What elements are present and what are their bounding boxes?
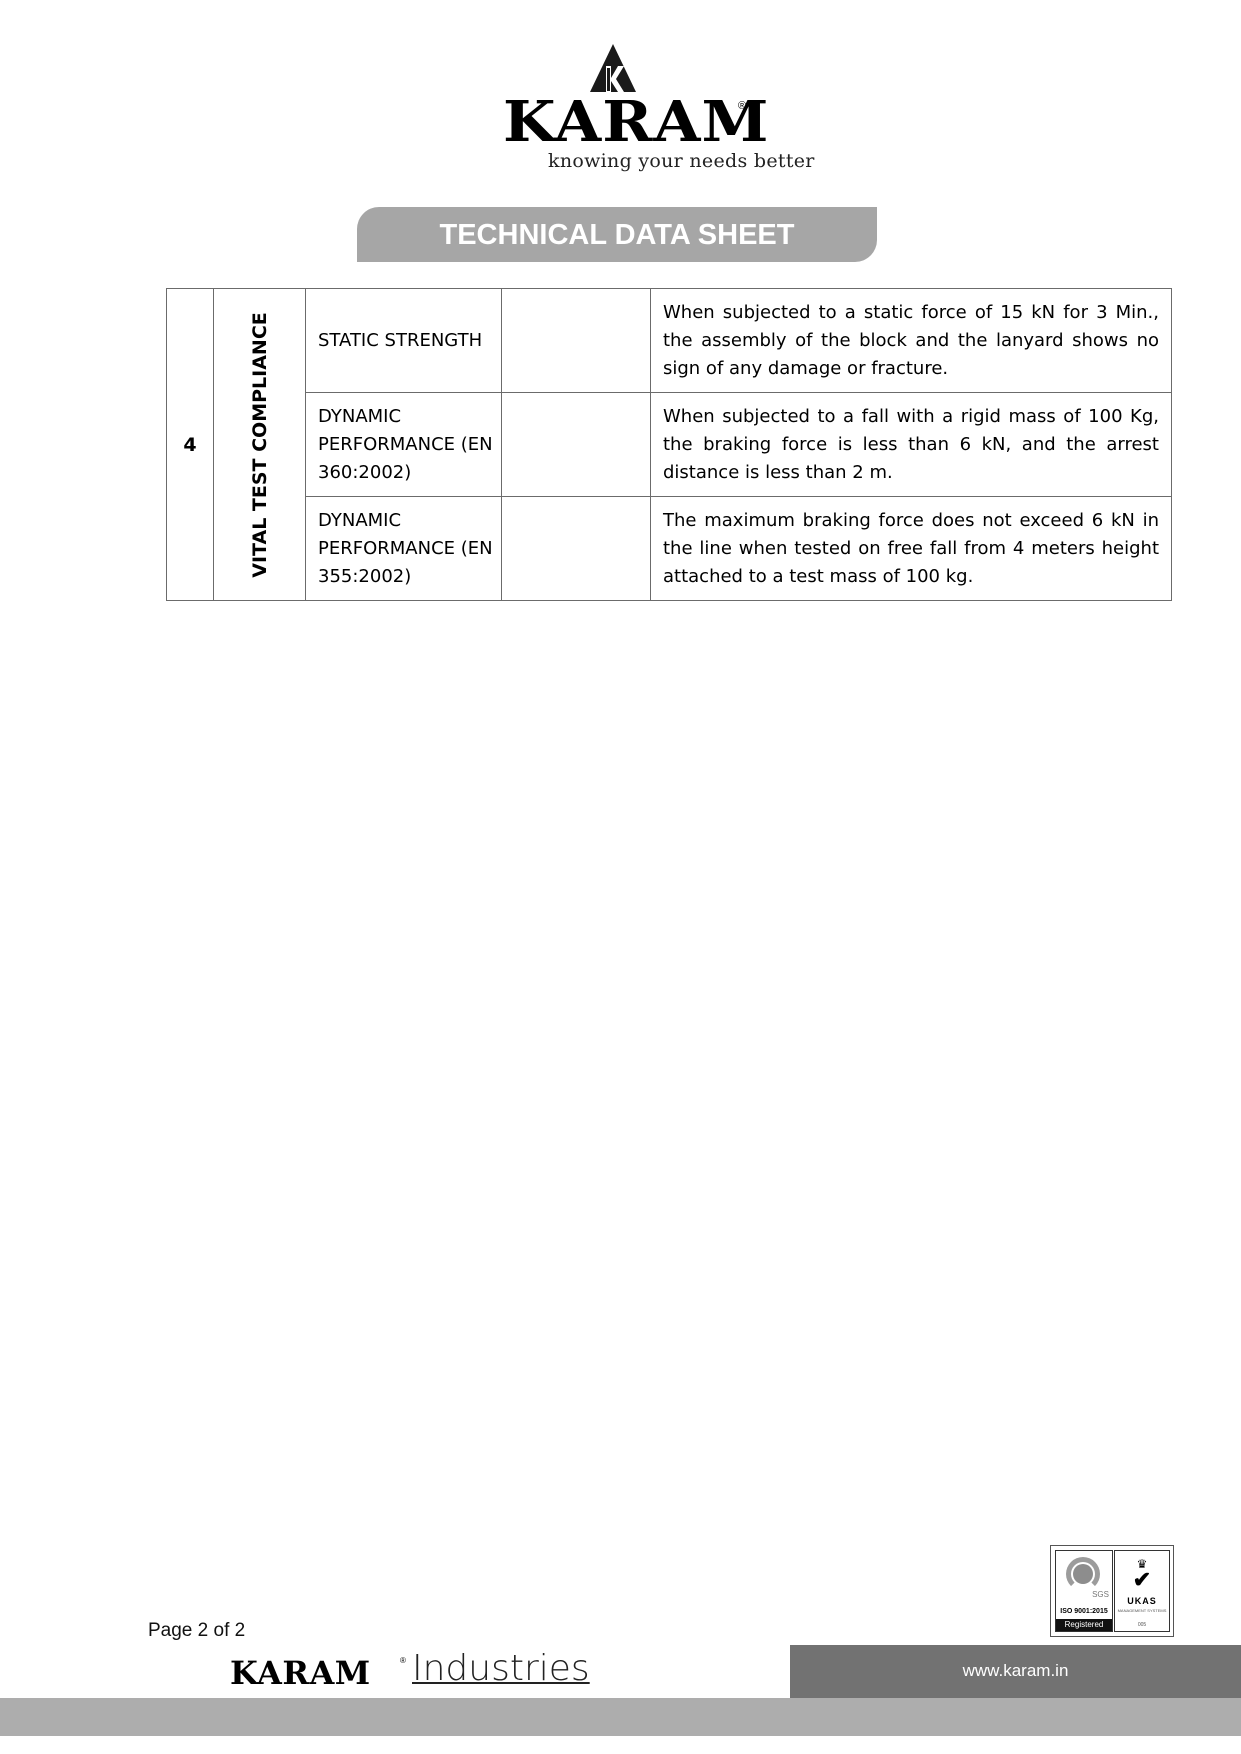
value-cell bbox=[502, 289, 651, 393]
sgs-iso-badge: SGS ISO 9001:2015 Registered bbox=[1055, 1550, 1113, 1632]
section-title: VITAL TEST COMPLIANCE bbox=[249, 312, 271, 578]
footer-url-band: www.karam.in bbox=[790, 1645, 1241, 1698]
footer-brand: KARAM bbox=[230, 1654, 371, 1692]
table-row: DYNAMIC PERFORMANCE (EN 360:2002) When s… bbox=[167, 393, 1172, 497]
table-row: 4 VITAL TEST COMPLIANCE STATIC STRENGTH … bbox=[167, 289, 1172, 393]
ukas-badge: ♛ ✔ UKAS MANAGEMENT SYSTEMS 005 bbox=[1114, 1550, 1170, 1632]
description-cell: When subjected to a static force of 15 k… bbox=[651, 289, 1172, 393]
sgs-label: SGS bbox=[1092, 1590, 1109, 1599]
brand-wordmark: KARAM bbox=[503, 92, 770, 152]
section-number: 4 bbox=[167, 289, 214, 601]
website-link[interactable]: www.karam.in bbox=[790, 1661, 1241, 1681]
specification-table: 4 VITAL TEST COMPLIANCE STATIC STRENGTH … bbox=[166, 288, 1172, 601]
description-cell: The maximum braking force does not excee… bbox=[651, 497, 1172, 601]
ukas-sub-label: MANAGEMENT SYSTEMS bbox=[1115, 1608, 1169, 1613]
parameter-cell: DYNAMIC PERFORMANCE (EN 360:2002) bbox=[306, 393, 502, 497]
parameter-cell: DYNAMIC PERFORMANCE (EN 355:2002) bbox=[306, 497, 502, 601]
header-logo: KARAM ® knowing your needs better bbox=[0, 0, 1241, 180]
value-cell bbox=[502, 497, 651, 601]
checkmark-icon: ✔ bbox=[1115, 1567, 1169, 1593]
section-title-cell: VITAL TEST COMPLIANCE bbox=[214, 289, 306, 601]
certification-badges: SGS ISO 9001:2015 Registered ♛ ✔ UKAS MA… bbox=[1050, 1545, 1174, 1637]
document-title: TECHNICAL DATA SHEET bbox=[357, 219, 877, 252]
table-row: DYNAMIC PERFORMANCE (EN 355:2002) The ma… bbox=[167, 497, 1172, 601]
description-cell: When subjected to a fall with a rigid ma… bbox=[651, 393, 1172, 497]
karam-triangle-logo-icon bbox=[590, 44, 636, 92]
registered-label: Registered bbox=[1056, 1619, 1112, 1631]
parameter-cell: STATIC STRENGTH bbox=[306, 289, 502, 393]
brand-tagline: knowing your needs better bbox=[548, 150, 815, 172]
ukas-label: UKAS bbox=[1115, 1596, 1169, 1606]
footer-band bbox=[0, 1698, 1241, 1736]
title-banner: TECHNICAL DATA SHEET bbox=[357, 207, 877, 262]
ukas-number: 005 bbox=[1115, 1622, 1169, 1628]
page-number: Page 2 of 2 bbox=[148, 1620, 245, 1642]
footer-registered-mark: ® bbox=[400, 1656, 406, 1665]
iso-label: ISO 9001:2015 bbox=[1056, 1608, 1112, 1615]
footer-division: Industries bbox=[412, 1648, 590, 1689]
value-cell bbox=[502, 393, 651, 497]
registered-mark: ® bbox=[738, 100, 746, 112]
sgs-check-icon bbox=[1073, 1564, 1093, 1584]
